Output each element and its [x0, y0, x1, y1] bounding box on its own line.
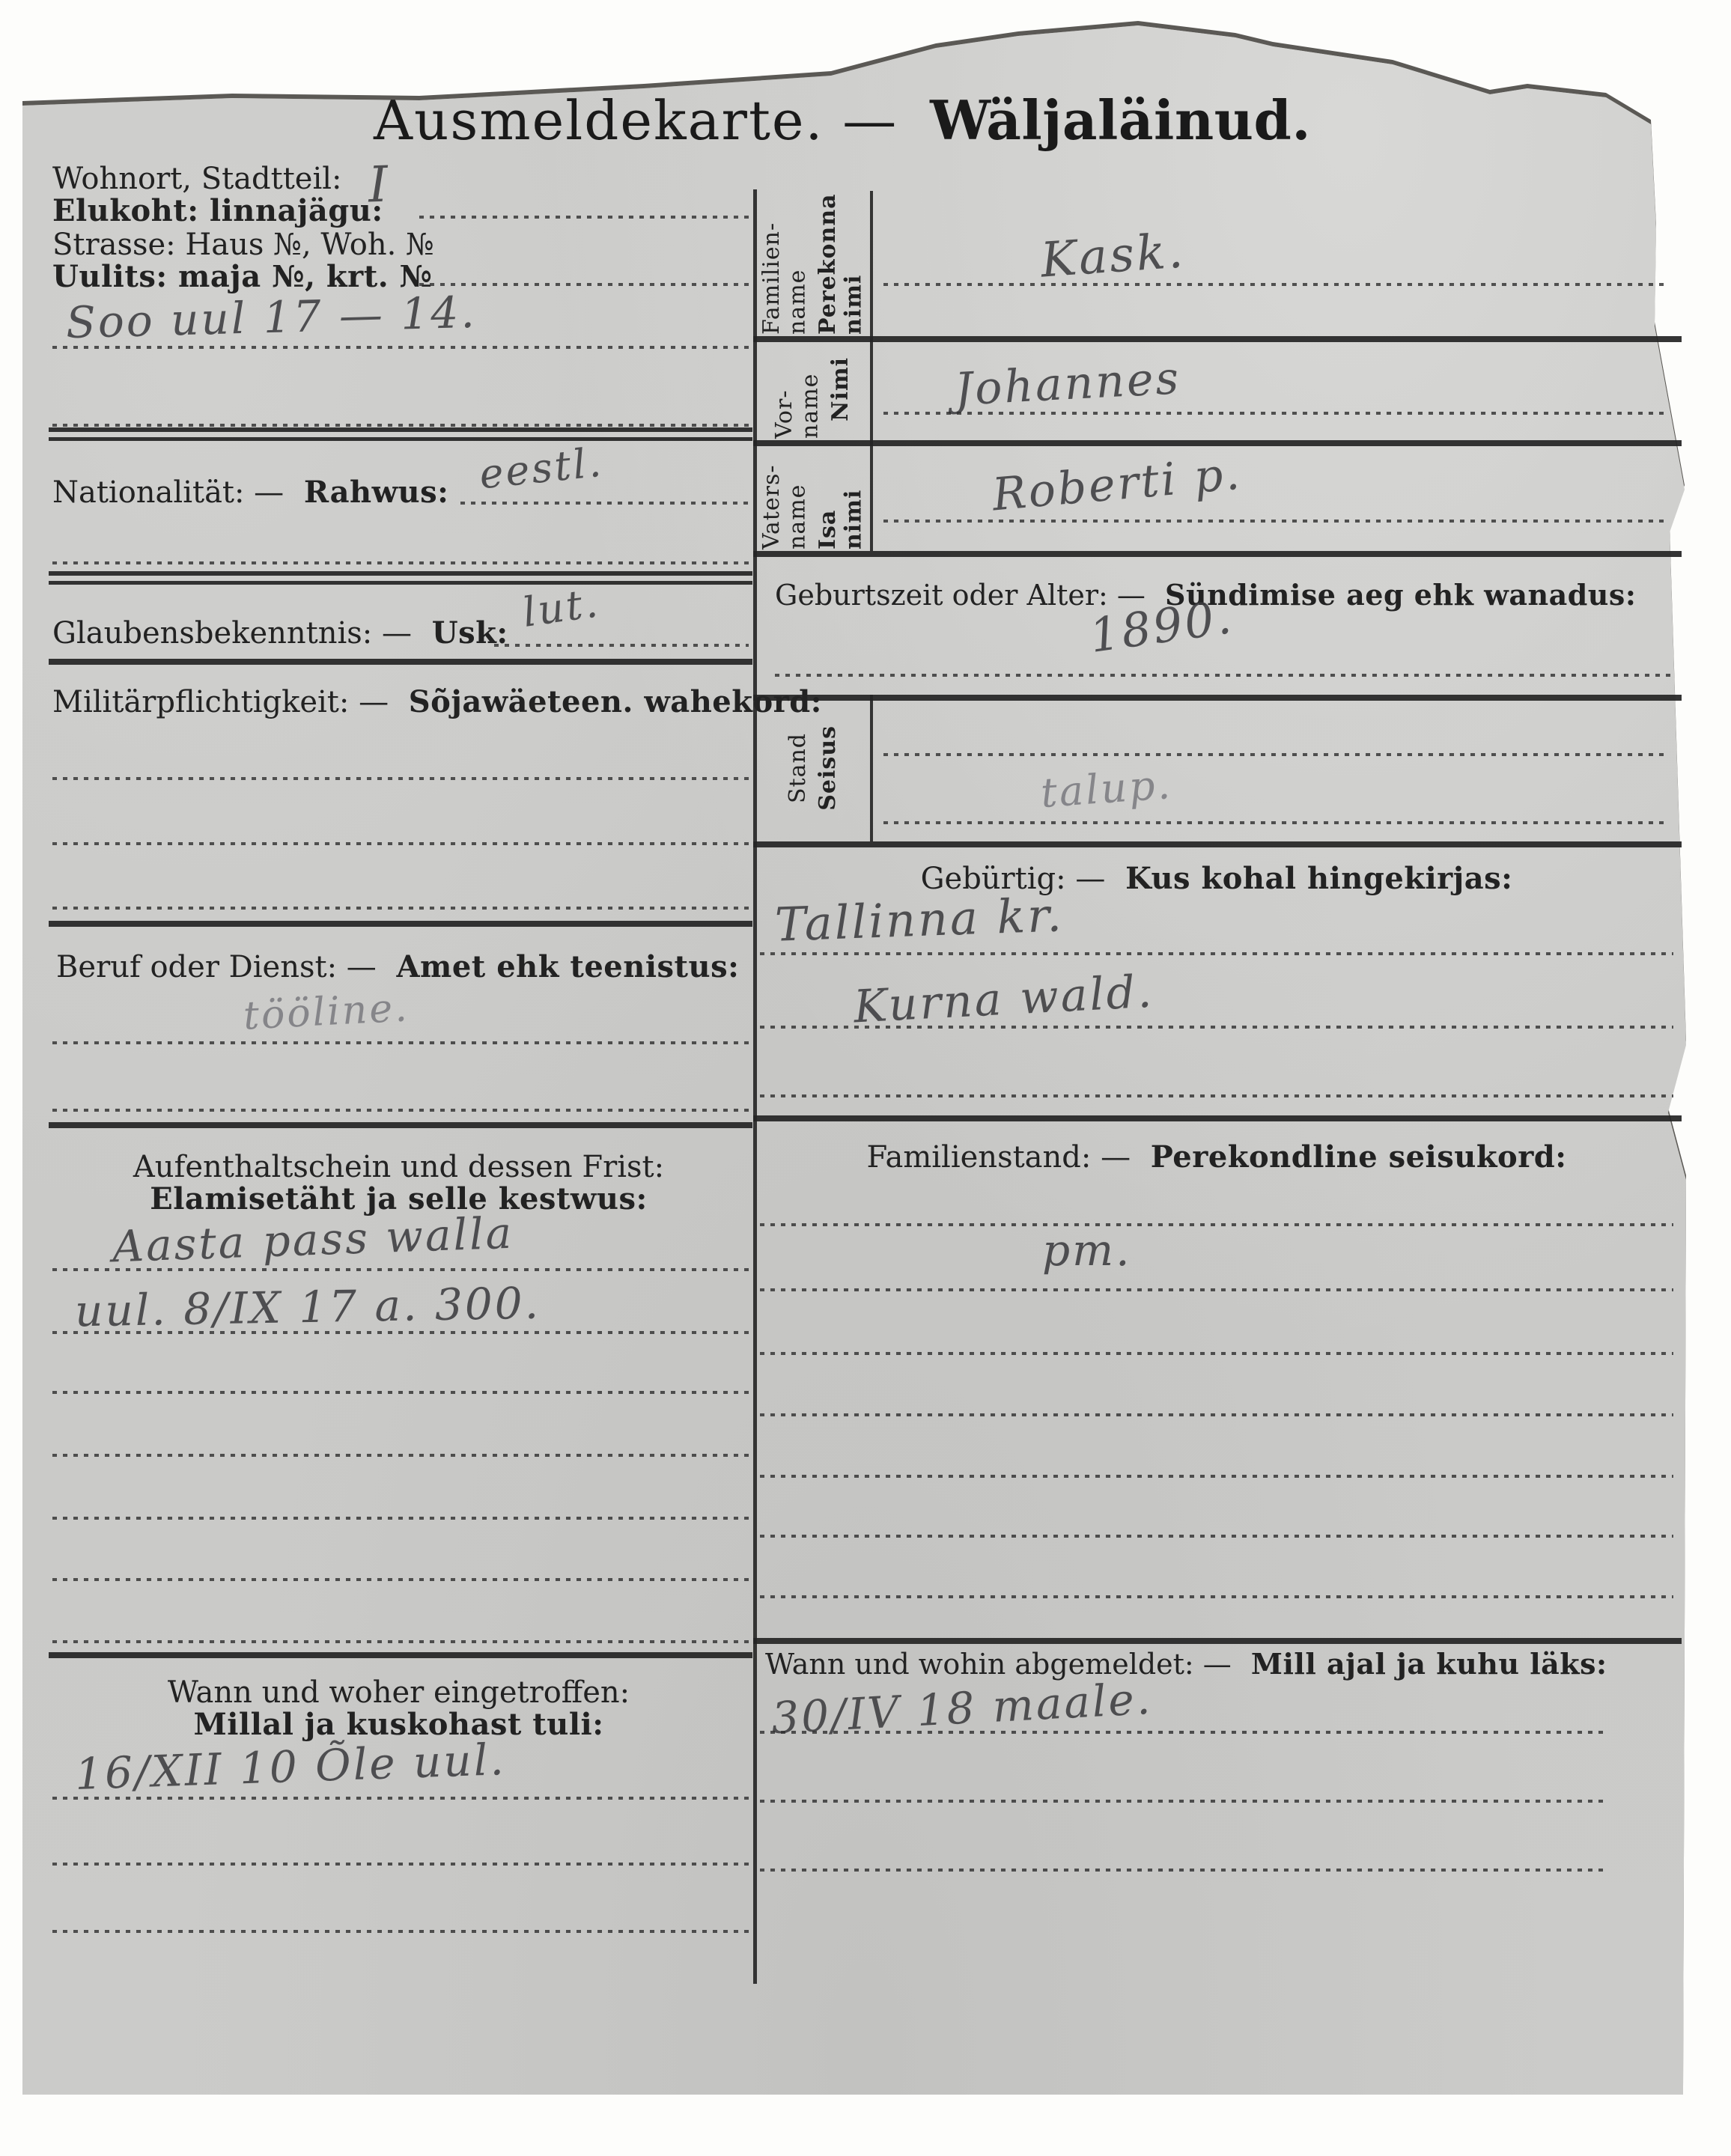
dotted-writing-line [760, 1026, 1673, 1029]
scanned-registration-card: Ausmeldekarte. — Wäljaläinud. Wohnort, S… [0, 0, 1731, 2156]
dotted-writing-line [52, 1109, 749, 1112]
section-rule [49, 921, 752, 927]
family-status-handwriting: pm. [1042, 1225, 1132, 1276]
status-rotated-label: Stand Seisus [758, 696, 868, 840]
permit-handwriting-line1: Aasta pass walla [112, 1208, 514, 1273]
dotted-writing-line [460, 502, 749, 505]
dotted-writing-line [883, 412, 1670, 415]
occupation-handwriting: tööline. [243, 985, 410, 1039]
dotted-writing-line [52, 1454, 749, 1457]
dotted-writing-line [760, 1352, 1673, 1355]
father-name-handwriting: Roberti p. [991, 448, 1244, 522]
card-title-german: Ausmeldekarte. [374, 89, 824, 152]
address-handwriting: Soo uul 17 — 14. [65, 287, 477, 348]
nationality-label-et: Rahwus: [304, 475, 448, 510]
departure-label: Wann und wohin abgemeldet: — Mill ajal j… [765, 1647, 1607, 1681]
dotted-writing-line [52, 1331, 749, 1334]
dotted-writing-line [52, 842, 749, 845]
dotted-writing-line [760, 1094, 1673, 1097]
origin-label: Gebürtig: — Kus kohal hingekirjas: [756, 861, 1677, 896]
family-name-rotated-label: Familien-name Perekonna nimi [758, 191, 868, 335]
nationality-label: Nationalität: — Rahwus: [52, 475, 448, 510]
dotted-writing-line [775, 674, 1673, 677]
dotted-writing-line [419, 216, 749, 219]
dotted-writing-line [760, 1288, 1673, 1291]
dotted-writing-line [52, 1517, 749, 1520]
dotted-writing-line [883, 520, 1670, 523]
card-title-estonian: Wäljaläinud. [930, 88, 1311, 152]
section-rule [753, 440, 1682, 446]
section-rule [753, 336, 1682, 342]
card-title: Ausmeldekarte. — Wäljaläinud. [0, 88, 1685, 152]
dotted-writing-line [52, 907, 749, 910]
dotted-writing-line [760, 1595, 1673, 1598]
card-content: Ausmeldekarte. — Wäljaläinud. Wohnort, S… [0, 0, 1731, 2156]
origin-handwriting-line1: Tallinna kr. [774, 887, 1065, 951]
religion-label: Glaubensbekenntnis: — Usk: [52, 615, 508, 651]
religion-handwriting: lut. [520, 579, 603, 636]
permit-label-de: Aufenthaltschein und dessen Frist: [49, 1150, 749, 1184]
father-name-label-de: Vaters-name [759, 443, 811, 549]
dotted-writing-line [52, 1930, 749, 1933]
dotted-writing-line [760, 952, 1673, 955]
rotated-label-divider [870, 695, 873, 841]
permit-handwriting-line2: uul. 8/IX 17 a. 300. [74, 1278, 541, 1337]
arrival-label-de: Wann und woher eingetroffen: [49, 1675, 749, 1710]
dotted-writing-line [760, 1731, 1606, 1734]
dotted-writing-line [883, 283, 1670, 286]
birth-label-et: Sündimise aeg ehk wanadus: [1165, 578, 1636, 612]
dotted-writing-line [883, 821, 1670, 824]
card-title-dash: — [842, 89, 898, 152]
column-divider [753, 189, 757, 1984]
military-label-de: Militärpflichtigkeit: — [52, 685, 389, 719]
section-rule [753, 841, 1682, 847]
dotted-writing-line [52, 777, 749, 780]
status-label-et: Seisus [815, 725, 842, 811]
origin-handwriting-line2: Kurna wald. [852, 966, 1154, 1034]
occupation-label: Beruf oder Dienst: — Amet ehk teenistus: [56, 949, 739, 984]
dotted-writing-line [52, 1578, 749, 1581]
dotted-writing-line [52, 1041, 749, 1044]
family-status-label-et: Perekondline seisukord: [1151, 1139, 1567, 1175]
family-name-label-de: Familien-name [759, 191, 811, 335]
departure-label-de: Wann und wohin abgemeldet: — [765, 1648, 1232, 1681]
status-handwriting: talup. [1039, 761, 1174, 817]
dotted-writing-line [52, 1863, 749, 1866]
section-rule [753, 1638, 1682, 1644]
section-rule [753, 1115, 1682, 1121]
strasse-label-de: Strasse: Haus №, Woh. № [52, 228, 434, 262]
birth-label-de: Geburtszeit oder Alter: — [775, 579, 1146, 612]
dotted-writing-line [52, 1640, 749, 1643]
dotted-writing-line [52, 1391, 749, 1394]
arrival-handwriting: 16/XII 10 Õle uul. [74, 1734, 507, 1800]
dotted-writing-line [760, 1475, 1673, 1478]
section-rule [49, 1652, 752, 1658]
first-name-rotated-label: Vor-name Nimi [758, 339, 868, 439]
dotted-writing-line [419, 283, 749, 286]
family-status-label: Familienstand: — Perekondline seisukord: [756, 1139, 1677, 1175]
occupation-label-de: Beruf oder Dienst: — [56, 950, 377, 984]
dotted-writing-line [760, 1869, 1606, 1872]
family-name-label-et: Perekonna nimi [815, 191, 867, 335]
family-name-handwriting: Kask. [1039, 223, 1187, 288]
nationality-label-de: Nationalität: — [52, 475, 284, 510]
dotted-writing-line [883, 753, 1670, 756]
dotted-writing-line [760, 1413, 1673, 1416]
section-rule-double [49, 571, 752, 585]
section-rule [753, 551, 1682, 557]
dotted-writing-line [760, 1535, 1673, 1538]
section-rule [753, 695, 1682, 701]
father-name-rotated-label: Vaters-name Isa nimi [758, 443, 868, 549]
dotted-writing-line [52, 1268, 749, 1271]
dotted-writing-line [760, 1800, 1606, 1803]
family-status-label-de: Familienstand: — [866, 1140, 1131, 1175]
rotated-label-divider [870, 191, 873, 551]
departure-label-et: Mill ajal ja kuhu läks: [1251, 1647, 1607, 1681]
dotted-writing-line [494, 644, 749, 647]
origin-label-et: Kus kohal hingekirjas: [1125, 861, 1512, 896]
wohnort-label-de: Wohnort, Stadtteil: [52, 162, 342, 196]
first-name-label-de: Vor-name [772, 339, 824, 439]
occupation-label-et: Amet ehk teenistus: [396, 949, 739, 984]
wohnort-label-et: Elukoht: linnajägu: [52, 193, 383, 228]
section-rule-double [49, 427, 752, 441]
religion-label-de: Glaubensbekenntnis: — [52, 616, 412, 651]
district-handwriting: I [368, 156, 392, 214]
father-name-label-et: Isa nimi [815, 443, 867, 549]
nationality-handwriting: eestl. [477, 439, 605, 499]
dotted-writing-line [760, 1223, 1673, 1226]
dotted-writing-line [52, 424, 749, 427]
dotted-writing-line [52, 561, 749, 564]
military-label: Militärpflichtigkeit: — Sõjawäeteen. wah… [52, 684, 822, 719]
dotted-writing-line [52, 1797, 749, 1800]
first-name-handwriting: Johannes [953, 352, 1181, 416]
section-rule [49, 1122, 752, 1128]
first-name-label-et: Nimi [828, 357, 854, 421]
status-label-de: Stand [785, 733, 812, 803]
dotted-writing-line [52, 346, 749, 349]
section-rule [49, 659, 752, 665]
